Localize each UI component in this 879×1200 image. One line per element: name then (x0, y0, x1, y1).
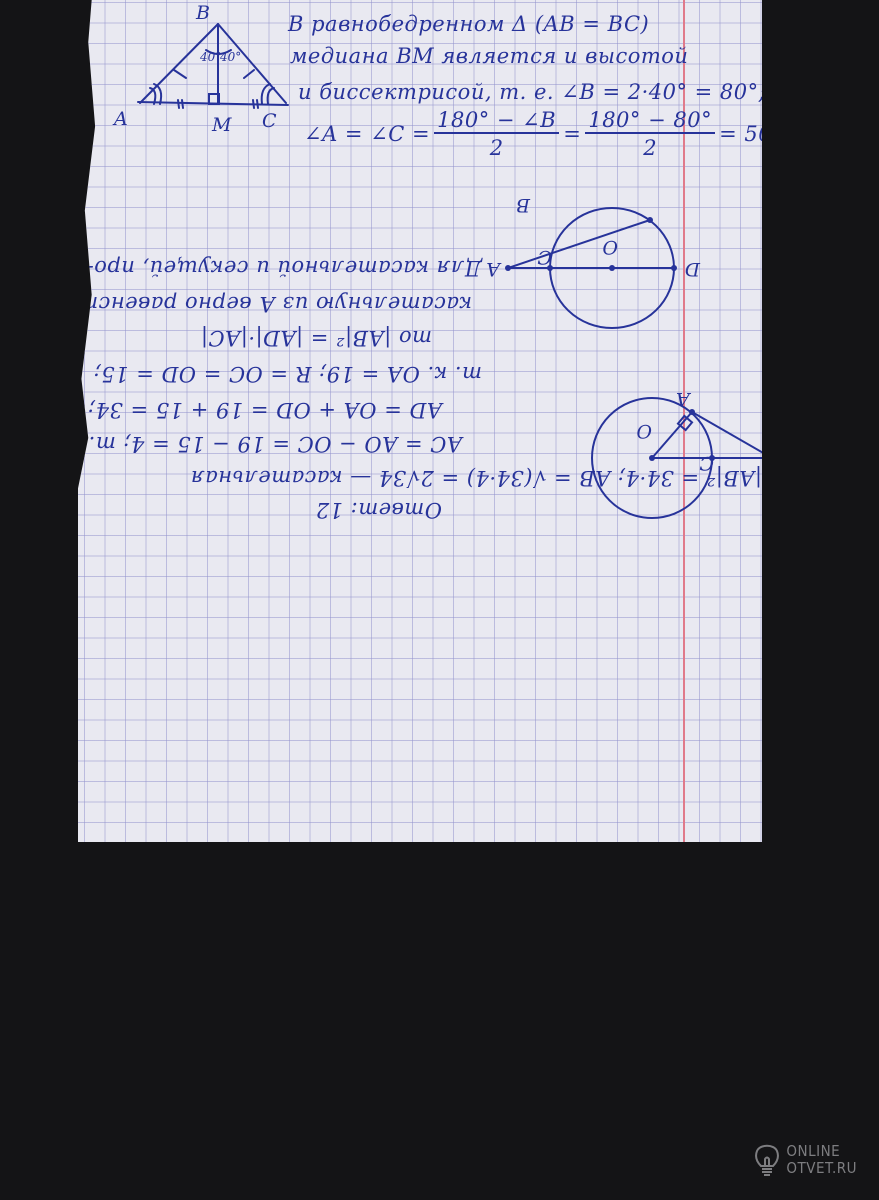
solution2-line-6: касательную из А верно равенство: (44, 292, 472, 316)
watermark-line-1: ONLINE (786, 1143, 857, 1160)
solution2-line-5: то |AB|² = |AD|·|AC| (200, 326, 432, 350)
circle1-label-center: О (636, 420, 652, 442)
circle2-label-external: A (486, 258, 500, 280)
circle1-label-tangent: А (676, 388, 690, 410)
circle2-label-near: C (537, 246, 552, 268)
circle2-label-center: O (602, 236, 618, 258)
circle1-label-external: В (780, 428, 794, 450)
watermark-line-2: OTVET.RU (786, 1160, 857, 1177)
circle2-label-tangent: B (516, 194, 530, 216)
solution2-line-2: AC = AO − OC = 19 − 15 = 4; т. к. (61, 432, 462, 456)
solution2-line-3: AD = OA + OD = 19 + 15 = 34; (88, 398, 442, 422)
watermark-text: ONLINE OTVET.RU (786, 1143, 857, 1177)
answer-line: Ответ: 12 (315, 498, 442, 522)
solution2-line-1: |AB|² = 34·4; AB = √(34·4) = 2√34 — каса… (190, 466, 762, 490)
solution2-line-7: Для касательной и секущей, про- (86, 256, 482, 280)
site-watermark: ONLINE OTVET.RU (754, 1142, 857, 1178)
circle-diagram-tangent (552, 380, 792, 520)
lightbulb-icon (754, 1142, 780, 1178)
solution2-line-4: т. к. OA = 19; R = OC = OD = 15; (93, 362, 482, 386)
notebook-page: B A C M 40° 40° В равнобедренном Δ (AB =… (78, 0, 762, 842)
circle2-label-far: D (685, 258, 700, 280)
upside-down-section: В С А О Ответ: 12 |AB|² = 34·4; AB = √(3… (78, 0, 762, 842)
